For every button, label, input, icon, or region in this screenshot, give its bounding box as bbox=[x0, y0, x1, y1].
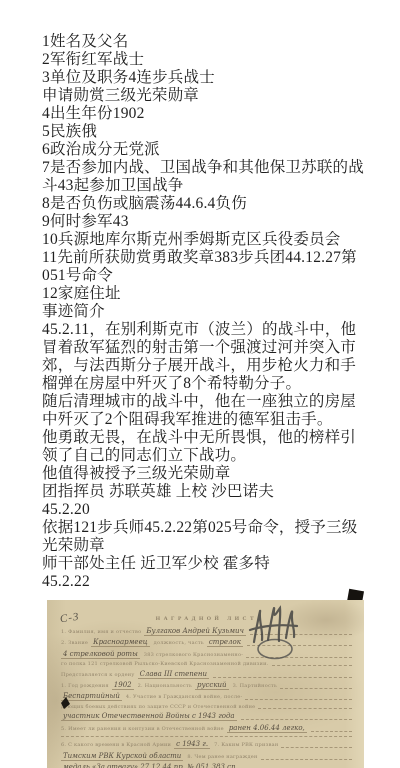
underline-fill bbox=[245, 698, 352, 700]
text-line: 他值得被授予三级光荣勋章 bbox=[42, 465, 382, 483]
handwritten-text: Красноармеец bbox=[91, 638, 149, 647]
corner-mark: С-3 bbox=[59, 611, 80, 626]
text-line: 051号命令 bbox=[42, 267, 382, 285]
typed-text: 1. Фамилия, имя и отчество bbox=[61, 629, 141, 635]
underline-fill bbox=[247, 644, 352, 646]
scan-line: участник Отечественной Войны с 1943 года bbox=[61, 712, 352, 721]
text-line: 45.2.22 bbox=[42, 573, 382, 591]
typed-text: дующих боевых действиях по защите СССР и… bbox=[61, 704, 255, 710]
text-line: 3单位及职务4连步兵战士 bbox=[42, 69, 382, 87]
text-line: 斗43起参加卫国战争 bbox=[42, 177, 382, 195]
handwritten-text: 1902 bbox=[112, 681, 134, 690]
text-line: 他勇敢无畏，在战斗中无所畏惧，他的榜样引 bbox=[42, 429, 382, 447]
handwritten-text: Булгаков Андрей Кузьмич bbox=[144, 627, 246, 636]
handwritten-text: медаль «За отвагу» 27.12.44 пр. № 051 38… bbox=[61, 763, 240, 768]
text-line: 11先前所获勋赏勇敢奖章383步兵团44.12.27第 bbox=[42, 249, 382, 267]
text-line: 申请勋赏三级光荣勋章 bbox=[42, 87, 382, 105]
text-line: 7是否参加内战、卫国战争和其他保卫苏联的战 bbox=[42, 159, 382, 177]
typed-text: 6. С какого времени в Красной Армии bbox=[61, 742, 171, 748]
typed-text: 3. Партийность bbox=[233, 683, 277, 689]
text-line: 9何时参军43 bbox=[42, 213, 382, 231]
scan-line: 1. Фамилия, имя и отчество Булгаков Андр… bbox=[61, 627, 352, 636]
text-line: 领了自己的同志们立下战功。 bbox=[42, 447, 382, 465]
handwritten-text: русский bbox=[195, 681, 229, 690]
scan-line: Тимским РВК Курской области 8. Чем ранее… bbox=[61, 752, 352, 761]
typed-text: 4. Участие в Гражданской войне, после- bbox=[126, 694, 243, 700]
text-line: 冒着敌军猛烈的射击第一个强渡过河并突入市 bbox=[42, 339, 382, 357]
typed-text: 7. Каким РВК призван bbox=[214, 742, 278, 748]
underline-fill bbox=[281, 746, 352, 748]
text-line: 45.2.20 bbox=[42, 501, 382, 519]
typed-text: 2. Национальность bbox=[138, 683, 192, 689]
scan-line: 6. С какого времени в Красной Армии с 19… bbox=[61, 740, 352, 749]
scan-line: 2. Звание Красноармеец должность, часть … bbox=[61, 638, 352, 647]
text-line: 8是否负伤或脑震荡44.6.4负伤 bbox=[42, 195, 382, 213]
underline-fill bbox=[280, 687, 352, 689]
text-line: 师干部处主任 近卫军少校 霍多特 bbox=[42, 555, 382, 573]
text-line: 10兵源地库尔斯克州季姆斯克区兵役委员会 bbox=[42, 231, 382, 249]
text-line: 5民族俄 bbox=[42, 123, 382, 141]
underline-fill bbox=[241, 718, 352, 720]
text-line: 1姓名及父名 bbox=[42, 33, 382, 51]
handwritten-text: 4 стрелковой роты bbox=[61, 650, 140, 659]
document-paper: С-3 НАГРАДНОЙ ЛИСТ 1. Фамилия, имя и отч… bbox=[47, 600, 364, 768]
text-line: 郊，与法西斯分子展开战斗，用步枪火力和手 bbox=[42, 357, 382, 375]
text-line: 团指挥员 苏联英雄 上校 沙巴诺夫 bbox=[42, 483, 382, 501]
underline-fill bbox=[272, 664, 352, 666]
handwritten-text: с 1943 г. bbox=[174, 740, 210, 749]
scan-line: 4 стрелковой роты 383 стрелкового Красно… bbox=[61, 650, 352, 659]
handwritten-text: ранен 4.06.44 легко, bbox=[227, 724, 307, 733]
underline-fill bbox=[246, 656, 352, 658]
typed-text: 5. Имеет ли ранения и контузии в Отечест… bbox=[61, 726, 224, 732]
handwritten-text: Тимским РВК Курской области bbox=[61, 752, 183, 761]
document-title: НАГРАДНОЙ ЛИСТ bbox=[61, 616, 352, 622]
scan-line bbox=[61, 735, 352, 738]
underline-fill bbox=[61, 735, 352, 737]
text-line: 6政治成分无党派 bbox=[42, 141, 382, 159]
underline-fill bbox=[250, 633, 352, 635]
text-line: 光荣勋章 bbox=[42, 537, 382, 555]
typed-text: 383 стрелкового Краснознаменно- bbox=[144, 652, 243, 658]
handwritten-text: стрелок bbox=[207, 638, 243, 647]
typed-text: 1. Год рождения bbox=[61, 683, 109, 689]
underline-fill bbox=[258, 707, 352, 709]
scan-line: 5. Имеет ли ранения и контузии в Отечест… bbox=[61, 724, 352, 733]
handwritten-text: Слава III степени bbox=[138, 670, 209, 679]
page: 1姓名及父名 2军衔红军战士 3单位及职务4连步兵战士 申请勋赏三级光荣勋章 4… bbox=[0, 0, 400, 768]
underline-fill bbox=[311, 730, 352, 732]
handwritten-text: Беспартийный bbox=[61, 692, 122, 701]
scan-line: медаль «За отвагу» 27.12.44 пр. № 051 38… bbox=[61, 763, 352, 768]
underline-fill bbox=[261, 758, 352, 760]
underline-fill bbox=[213, 676, 352, 678]
text-line: 榴弹在房屋中歼灭了8个希特勒分子。 bbox=[42, 375, 382, 393]
typed-text: 2. Звание bbox=[61, 640, 88, 646]
text-line: 2军衔红军战士 bbox=[42, 51, 382, 69]
translation-text-block: 1姓名及父名 2军衔红军战士 3单位及职务4连步兵战士 申请勋赏三级光荣勋章 4… bbox=[42, 33, 382, 591]
award-document-scan[interactable]: С-3 НАГРАДНОЙ ЛИСТ 1. Фамилия, имя и отч… bbox=[47, 600, 364, 768]
scan-line: го полка 121 стрелковой Рыльско-Киевской… bbox=[61, 661, 352, 667]
text-line: 依据121步兵师45.2.22第025号命令，授予三级 bbox=[42, 519, 382, 537]
text-line: 中歼灭了2个阻碍我军推进的德军狙击手。 bbox=[42, 411, 382, 429]
text-line: 4出生年份1902 bbox=[42, 105, 382, 123]
text-line: 随后清理城市的战斗中，他在一座独立的房屋 bbox=[42, 393, 382, 411]
text-line: 45.2.11，在别利斯克市（波兰）的战斗中，他 bbox=[42, 321, 382, 339]
scan-line: Представляется к ордену Слава III степен… bbox=[61, 670, 352, 679]
handwritten-text: участник Отечественной Войны с 1943 года bbox=[61, 712, 237, 721]
text-line: 12家庭住址 bbox=[42, 285, 382, 303]
typed-text: должность, часть bbox=[154, 640, 204, 646]
typed-text: 8. Чем ранее награжден bbox=[187, 754, 257, 760]
scan-line: 1. Год рождения 1902 2. Национальность р… bbox=[61, 681, 352, 690]
document-scan-lines: 1. Фамилия, имя и отчество Булгаков Андр… bbox=[61, 627, 352, 768]
typed-text: го полка 121 стрелковой Рыльско-Киевской… bbox=[61, 661, 269, 667]
text-line: 事迹简介 bbox=[42, 303, 382, 321]
scan-line: дующих боевых действиях по защите СССР и… bbox=[61, 704, 352, 710]
scan-line: Беспартийный 4. Участие в Гражданской во… bbox=[61, 692, 352, 701]
typed-text: Представляется к ордену bbox=[61, 672, 135, 678]
